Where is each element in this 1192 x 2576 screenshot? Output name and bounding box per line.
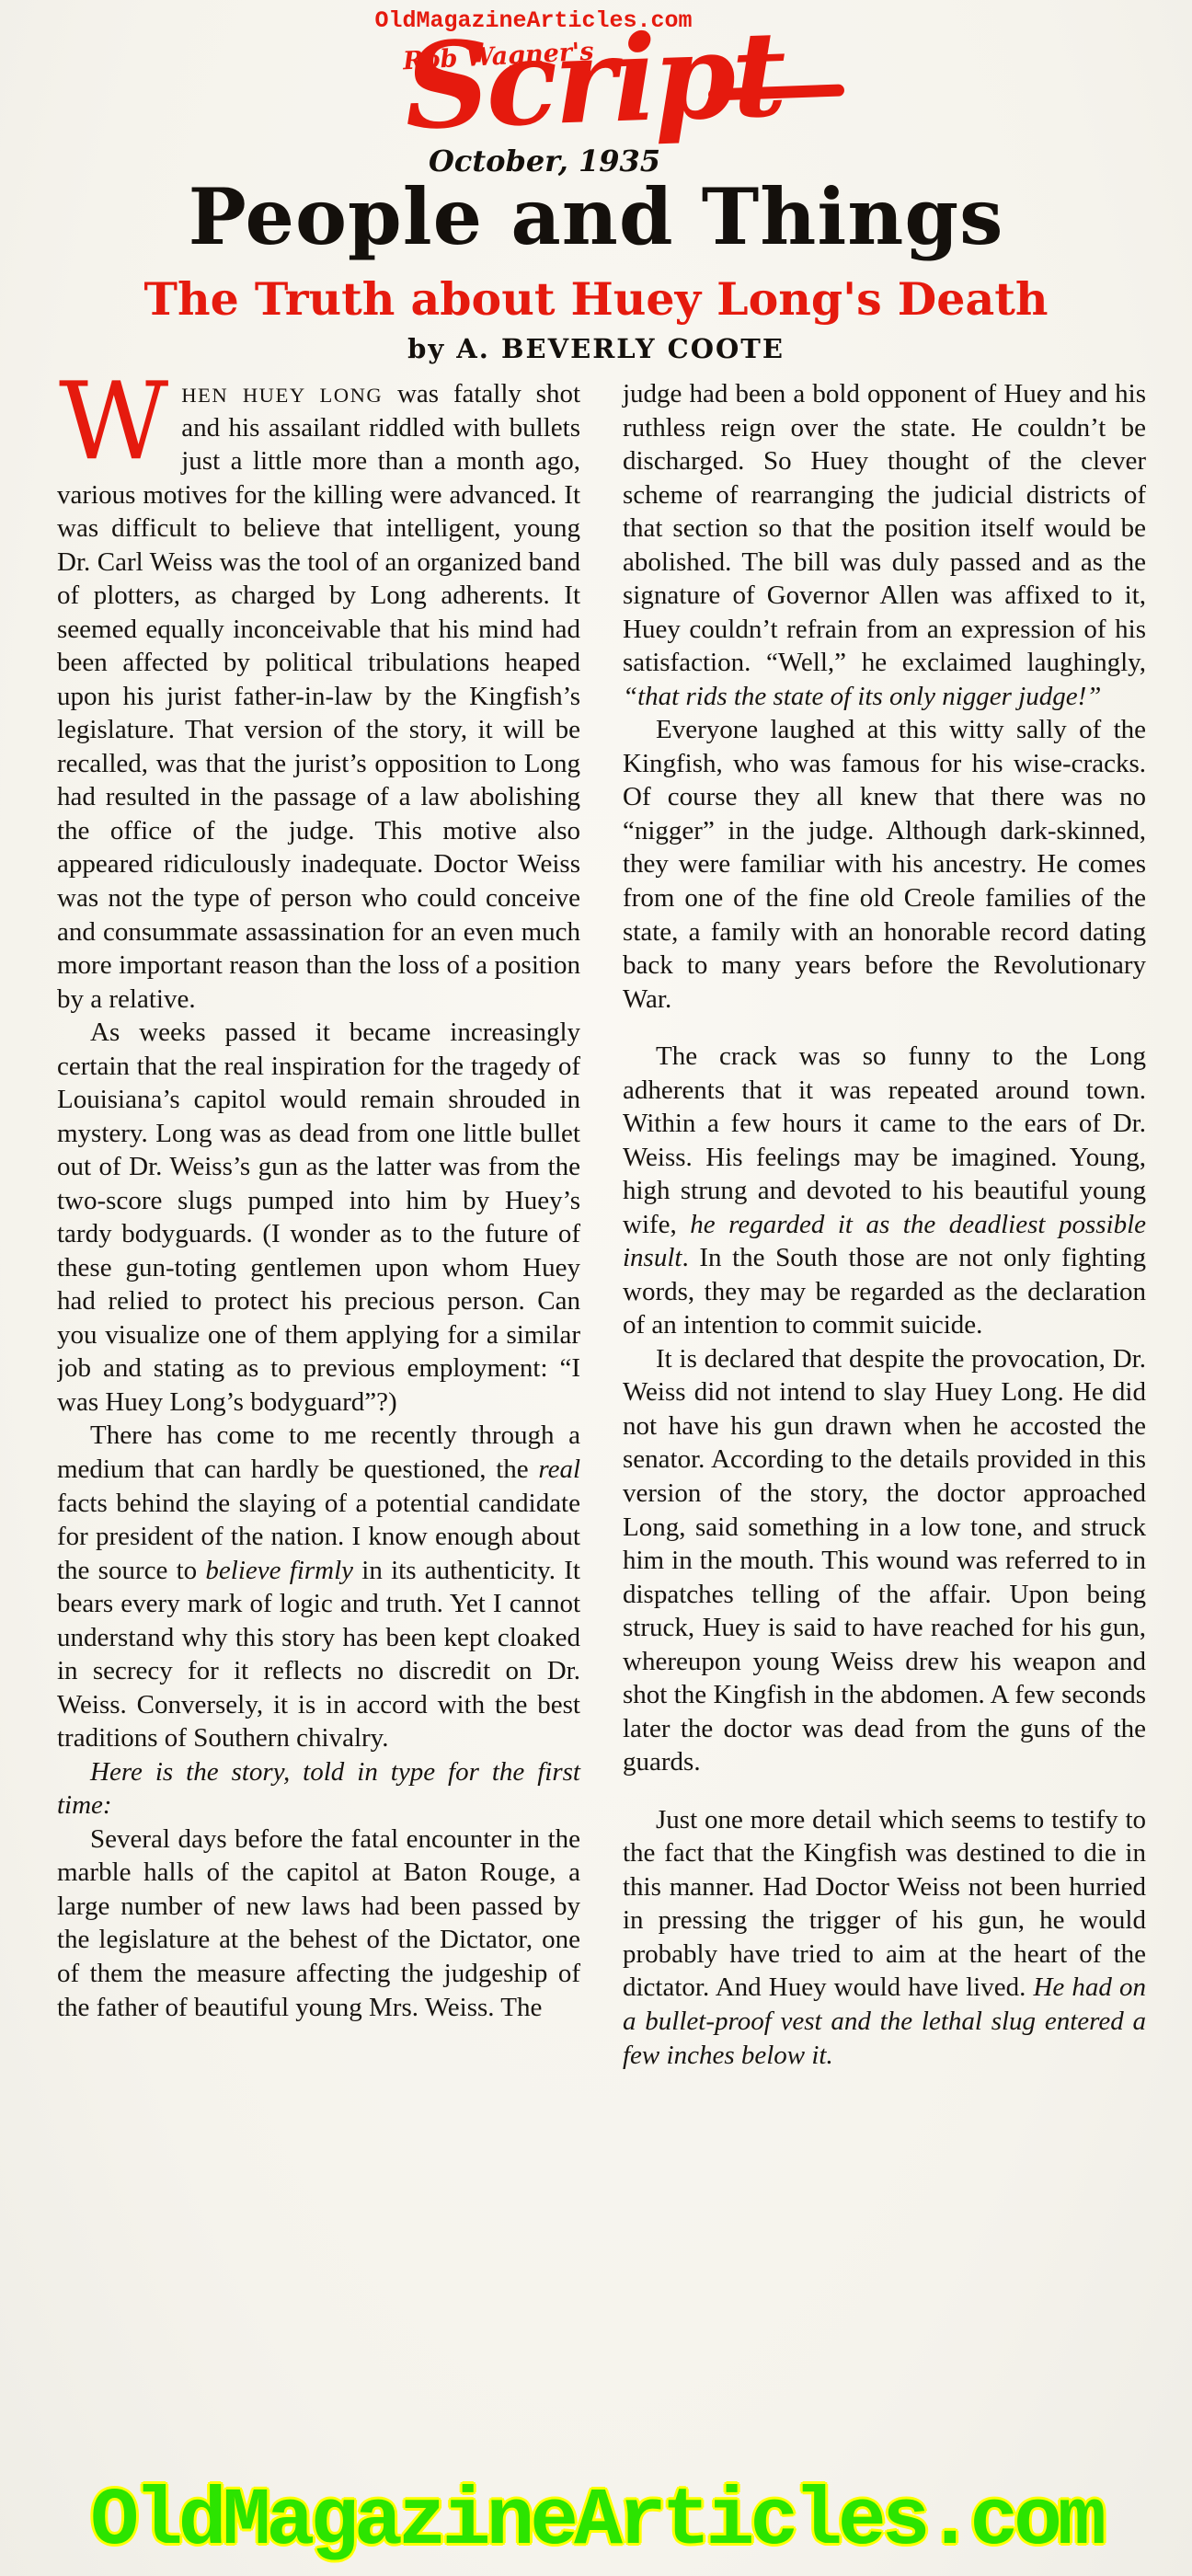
script-magazine-logo: Rob Wagner's Script October, 1935 bbox=[0, 35, 1192, 191]
magazine-name: Script bbox=[403, 16, 785, 146]
site-url-footer: OldMagazineArticles.com bbox=[0, 2477, 1192, 2568]
text-segment: Here is the story, told in type for the … bbox=[57, 1757, 580, 1821]
text-segment: believe firmly bbox=[205, 1556, 353, 1585]
paragraph: Several days before the fatal encounter … bbox=[57, 1823, 580, 2024]
text-segment: “that rids the state of its only nigger … bbox=[623, 682, 1101, 711]
right-column: judge had been a bold opponent of Huey a… bbox=[623, 377, 1146, 2473]
paragraph: The crack was so funny to the Long adher… bbox=[623, 1040, 1146, 1342]
article-body: WHEN HUEY LONG was fatally shot and his … bbox=[57, 377, 1146, 2473]
paragraph: There has come to me recently through a … bbox=[57, 1419, 580, 1754]
text-segment: As weeks passed it became increasingly c… bbox=[57, 1018, 580, 1417]
left-column: WHEN HUEY LONG was fatally shot and his … bbox=[57, 377, 580, 2473]
paragraph: judge had been a bold opponent of Huey a… bbox=[623, 377, 1146, 713]
paragraph: As weeks passed it became increasingly c… bbox=[57, 1016, 580, 1419]
magazine-page: OldMagazineArticles.com Rob Wagner's Scr… bbox=[0, 0, 1192, 2576]
paragraph: Just one more detail which seems to test… bbox=[623, 1803, 1146, 2072]
text-segment: judge had been a bold opponent of Huey a… bbox=[623, 379, 1146, 677]
text-segment: There has come to me recently through a … bbox=[57, 1420, 580, 1484]
text-segment: Several days before the fatal encounter … bbox=[57, 1824, 580, 2022]
article-title: People and Things bbox=[0, 171, 1192, 262]
paragraph: Everyone laughed at this witty sally of … bbox=[623, 713, 1146, 1016]
article-subtitle: The Truth about Huey Long's Death bbox=[0, 272, 1192, 326]
paragraph: Here is the story, told in type for the … bbox=[57, 1755, 580, 1823]
article-byline: by A. BEVERLY COOTE bbox=[0, 333, 1192, 364]
paragraph: WHEN HUEY LONG was fatally shot and his … bbox=[57, 377, 580, 1016]
paragraph: It is declared that despite the provocat… bbox=[623, 1342, 1146, 1779]
text-segment: It is declared that despite the provocat… bbox=[623, 1344, 1146, 1777]
text-segment: . In the South those are not only fighti… bbox=[623, 1243, 1146, 1340]
text-segment: real bbox=[538, 1455, 580, 1484]
text-segment: Everyone laughed at this witty sally of … bbox=[623, 715, 1146, 1013]
text-segment: HEN HUEY LONG bbox=[181, 384, 383, 407]
dropcap-letter: W bbox=[59, 383, 168, 462]
